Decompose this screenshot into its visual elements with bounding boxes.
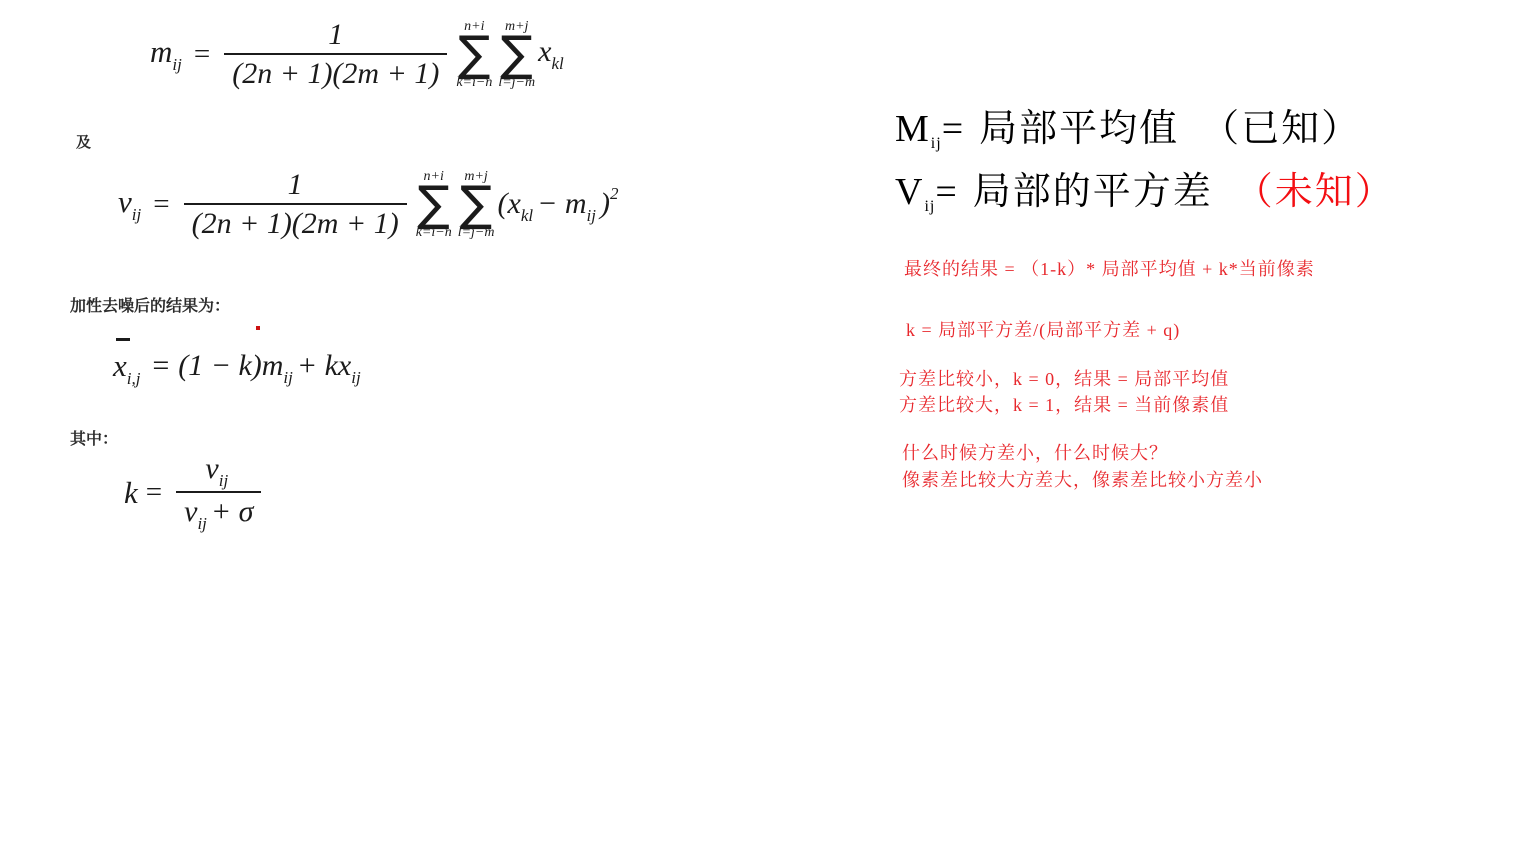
formula-local-variance: vij = 1 (2n + 1)(2m + 1) n+i ∑ k=i−n m+j… xyxy=(118,168,618,242)
k-fraction: vij vij+ σ xyxy=(176,452,261,534)
note-variance-large: 方差比较大，k = 1，结果 = 当前像素值 xyxy=(899,391,1229,417)
mean-body: xkl xyxy=(538,35,568,74)
sigma-icon: ∑ xyxy=(460,184,492,225)
sum-over-l: m+j ∑ l=j−m xyxy=(458,169,495,241)
formula-k-coefficient: k = vij vij+ σ xyxy=(124,452,267,534)
note-final-result: 最终的结果 = （1-k）* 局部平均值 + k*当前像素 xyxy=(904,255,1315,281)
sum-over-k: n+i ∑ k=i−n xyxy=(456,19,492,91)
note-k-definition: k = 局部平方差/(局部平方差 + q) xyxy=(906,316,1180,342)
variance-body: (xkl− mij)2 xyxy=(498,184,619,226)
sum-over-l: m+j ∑ l=j−m xyxy=(498,19,535,91)
unknown-paren: （未知） xyxy=(1235,171,1395,213)
variance-lhs: vij xyxy=(118,184,145,225)
annotation-local-mean: Mij=局部平均值（已知） xyxy=(895,97,1361,153)
overline-bar xyxy=(116,338,130,341)
x-bar-lhs: xi,j xyxy=(113,348,144,389)
note-question: 什么时候方差小，什么时候大？ xyxy=(902,439,1168,465)
k-numerator: vij xyxy=(199,452,238,491)
variance-fraction: 1 (2n + 1)(2m + 1) xyxy=(184,168,407,242)
and-label: 及 xyxy=(76,131,91,152)
var-V: V xyxy=(895,171,924,213)
equals-sign: = xyxy=(153,188,169,221)
k-denominator: vij+ σ xyxy=(176,491,261,534)
note-variance-small: 方差比较小，k = 0，结果 = 局部平均值 xyxy=(899,365,1229,391)
var-M: M xyxy=(895,108,931,150)
additive-result-label: 加性去噪后的结果为： xyxy=(70,293,230,316)
where-label: 其中： xyxy=(70,426,118,449)
known-paren: （已知） xyxy=(1201,108,1361,150)
red-dot-artifact xyxy=(256,326,260,330)
denoised-rhs: = (1 − k)mij+ kxij xyxy=(150,349,364,388)
sum-over-k: n+i ∑ k=i−n xyxy=(416,169,452,241)
sigma-icon: ∑ xyxy=(458,34,490,75)
sigma-icon: ∑ xyxy=(418,184,450,225)
equals-sign: = xyxy=(194,38,210,71)
formula-denoised-result: xi,j = (1 − k)mij+ kxij xyxy=(113,348,365,389)
annotation-local-variance: Vij=局部的平方差（未知） xyxy=(895,160,1395,216)
formula-local-mean: mij = 1 (2n + 1)(2m + 1) n+i ∑ k=i−n m+j… xyxy=(150,18,568,92)
k-lhs: k xyxy=(124,475,138,511)
note-answer: 像素差比较大方差大，像素差比较小方差小 xyxy=(902,466,1263,492)
equals-sign: = xyxy=(146,476,162,509)
mean-fraction: 1 (2n + 1)(2m + 1) xyxy=(224,18,447,92)
sigma-icon: ∑ xyxy=(501,34,533,75)
notes-page: { "canvas": { "background": "#ffffff", "… xyxy=(0,0,1522,852)
mean-lhs: mij xyxy=(150,34,186,75)
